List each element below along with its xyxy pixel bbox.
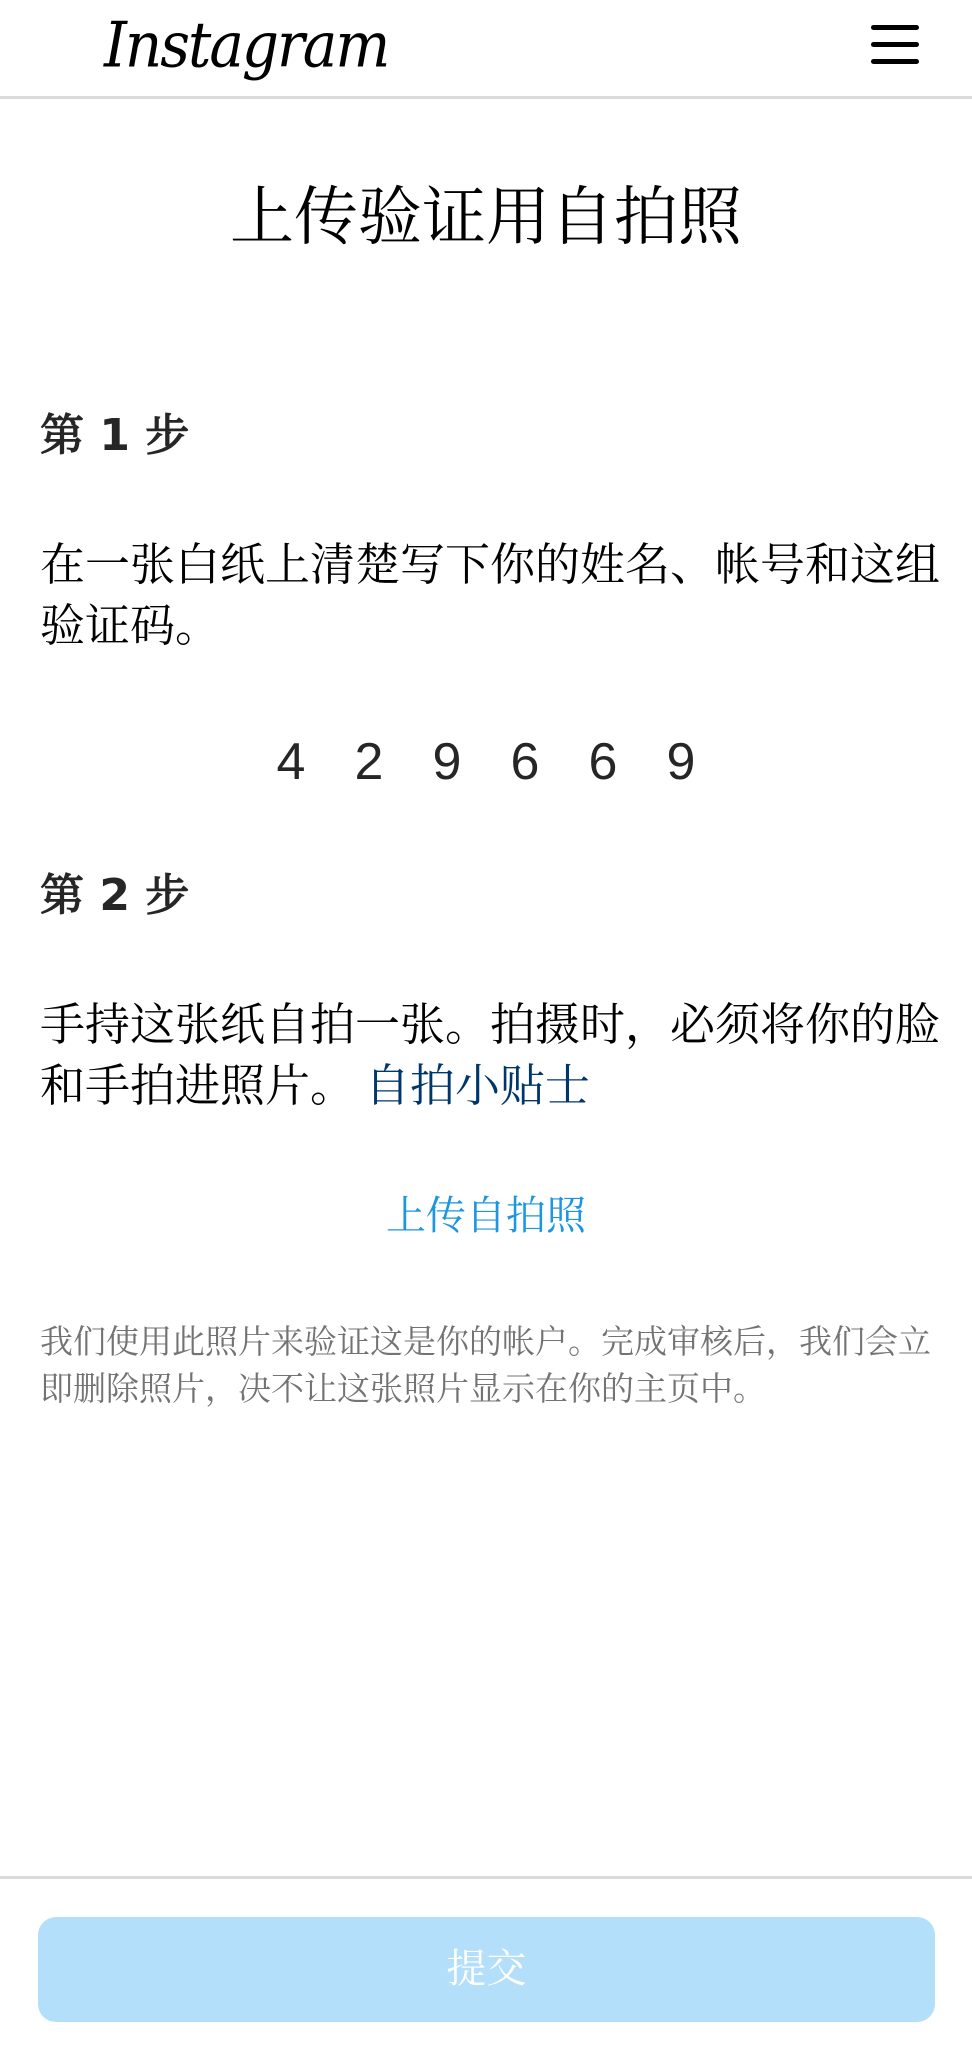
code-digit: 6 xyxy=(564,730,642,794)
menu-bar xyxy=(871,25,919,30)
footer-divider xyxy=(0,1876,972,1879)
code-digit: 4 xyxy=(252,730,330,794)
menu-bar xyxy=(871,59,919,64)
menu-bar xyxy=(871,42,919,47)
code-digit: 6 xyxy=(486,730,564,794)
submit-button[interactable]: 提交 xyxy=(38,1917,935,2022)
step-1-instructions: 在一张白纸上清楚写下你的姓名、帐号和这组验证码。 xyxy=(40,534,940,656)
step-1-heading: 第 1 步 xyxy=(40,408,189,464)
code-digit: 9 xyxy=(642,730,720,794)
page-title: 上传验证用自拍照 xyxy=(0,178,972,258)
code-digit: 2 xyxy=(330,730,408,794)
selfie-tips-link[interactable]: 自拍小贴士 xyxy=(365,1059,590,1112)
instagram-logo[interactable]: Instagram xyxy=(104,6,388,84)
top-bar: Instagram xyxy=(0,0,972,99)
privacy-disclaimer: 我们使用此照片来验证这是你的帐户。完成审核后，我们会立即删除照片，决不让这张照片… xyxy=(40,1318,940,1412)
step-2-instructions: 手持这张纸自拍一张。拍摄时，必须将你的脸和手拍进照片。自拍小贴士 xyxy=(40,994,940,1116)
menu-button[interactable] xyxy=(862,14,928,76)
upload-selfie-button[interactable]: 上传自拍照 xyxy=(0,1190,972,1242)
verification-code: 429669 xyxy=(0,730,972,794)
code-digit: 9 xyxy=(408,730,486,794)
step-2-heading: 第 2 步 xyxy=(40,868,189,924)
